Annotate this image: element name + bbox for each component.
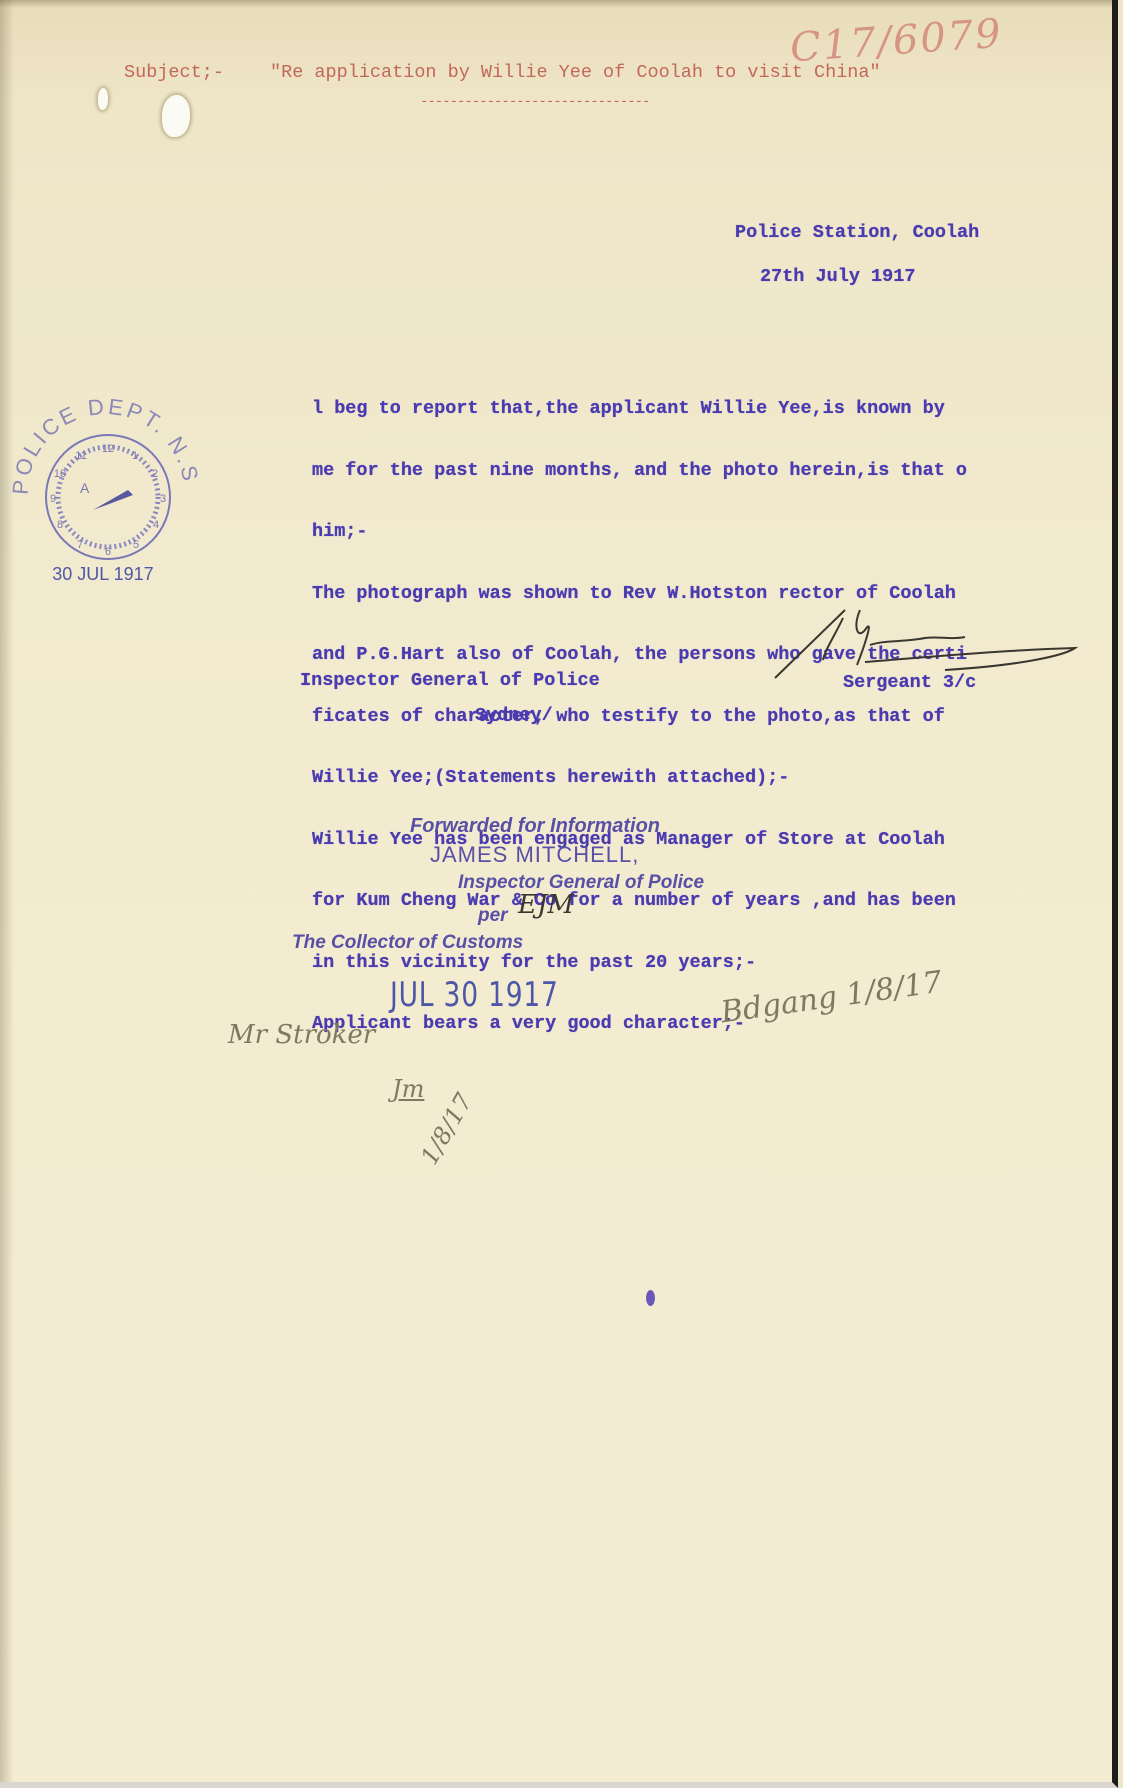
forwarder-title: Inspector General of Police [458, 872, 704, 894]
clock-stamp-icon: POLICE DEPT. N.S.W. 1212 345 678 91011 A… [8, 385, 198, 585]
body-line: for Kum Cheng War & Co for a number of y… [312, 891, 967, 912]
svg-text:4: 4 [153, 519, 159, 531]
per-label: per [478, 905, 508, 927]
handwritten-initial: Jm [392, 1075, 424, 1103]
addressee-city: Sydney/ [475, 705, 553, 726]
svg-text:11: 11 [75, 450, 86, 462]
svg-text:1: 1 [132, 450, 138, 462]
addressee-title: Inspector General of Police [300, 670, 600, 691]
page-edge-shadow [0, 0, 14, 1782]
collector-label: The Collector of Customs [292, 932, 523, 954]
forwarded-label: Forwarded for Information [410, 815, 660, 838]
station-name: Police Station, Coolah [735, 222, 979, 243]
svg-text:3: 3 [160, 493, 166, 505]
report-body: l beg to report that,the applicant Willi… [312, 358, 967, 1076]
svg-text:9: 9 [50, 493, 56, 505]
body-line: ficates of character, who testify to the… [312, 707, 967, 728]
forwarder-name: JAMES MITCHELL, [430, 842, 639, 868]
forwarder-initials: EJM [518, 890, 574, 920]
report-date: 27th July 1917 [760, 266, 915, 287]
punch-hole [98, 88, 108, 110]
ink-blot [646, 1290, 655, 1306]
body-line: Applicant bears a very good character;- [312, 1014, 967, 1035]
handwritten-note-left: Mr Stroker [228, 1020, 375, 1050]
svg-text:POLICE DEPT. N.S.W.: POLICE DEPT. N.S.W. [8, 385, 198, 495]
subject-label: Subject;- [124, 62, 224, 83]
svg-text:7: 7 [77, 539, 83, 551]
svg-text:A: A [80, 480, 90, 496]
body-line: him;- [312, 522, 967, 543]
punch-hole [162, 95, 190, 137]
svg-text:2: 2 [152, 468, 158, 480]
signature-scrawl [765, 590, 1095, 685]
body-line: me for the past nine months, and the pho… [312, 461, 967, 482]
page-top-shadow [0, 0, 1112, 8]
handwritten-date-left: 1/8/17 [415, 1089, 478, 1170]
body-line: Willie Yee;(Statements herewith attached… [312, 768, 967, 789]
signature-rank: Sergeant 3/c [843, 672, 976, 693]
subject-underline: ------------------------------- [420, 94, 649, 110]
svg-text:6: 6 [105, 546, 111, 558]
forwarding-date-stamp: JUL 30 1917 [390, 975, 559, 1015]
body-line: l beg to report that,the applicant Willi… [312, 399, 967, 420]
svg-text:10: 10 [54, 468, 66, 480]
body-line: in this vicinity for the past 20 years;- [312, 953, 967, 974]
document-page: C17/6079 Subject;- "Re application by Wi… [0, 0, 1118, 1788]
svg-text:12: 12 [102, 443, 114, 455]
svg-text:8: 8 [57, 519, 63, 531]
svg-text:5: 5 [133, 539, 139, 551]
subject-text: "Re application by Willie Yee of Coolah … [270, 62, 881, 83]
svg-text:30 JUL 1917: 30 JUL 1917 [52, 564, 153, 584]
police-received-stamp: POLICE DEPT. N.S.W. 1212 345 678 91011 A… [8, 385, 198, 585]
